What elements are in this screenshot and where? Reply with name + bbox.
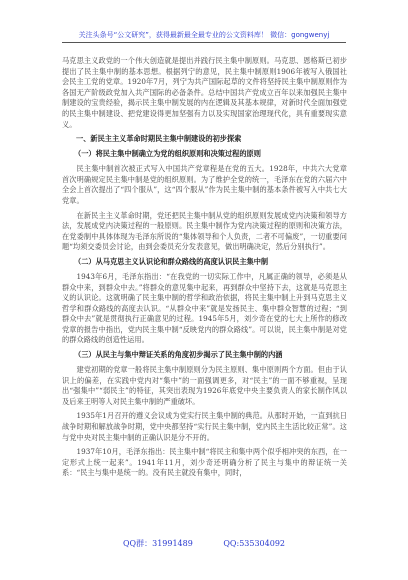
subsection-heading: （三）从民主与集中辩证关系的角度初步揭示了民主集中制的内涵: [74, 350, 347, 360]
section-heading: 一、新民主主义革命时期民主集中制建设的初步探索: [76, 134, 347, 144]
paragraph: 1937年10月，毛泽东指出：民主集中制“将民主和集中两个似乎相冲突的东西，在一…: [62, 447, 347, 479]
intro-paragraph: 马克思主义政党的一个伟大创造就是提出并践行民主集中制原则。马克思、恩格斯已初步提…: [62, 56, 347, 130]
header-banner[interactable]: 关注头条号“公文研究”，获得最新最全最专业的公文资料库！ 微信：gongweny…: [62, 31, 346, 43]
document-page: 关注头条号“公文研究”，获得最新最全最专业的公文资料库！ 微信：gongweny…: [0, 0, 408, 580]
subsection-heading: （一）将民主集中制确立为党的组织原则和决策过程的原则: [74, 149, 347, 159]
paragraph: 民主集中制首次被正式写入中国共产党章程是在党的五大。1928年，中共六大党章首次…: [62, 164, 347, 206]
qq-text: QQ:535304092: [223, 539, 285, 548]
subsection-heading: （二）从马克思主义认识论和群众路线的高度认识民主集中制: [74, 257, 347, 267]
paragraph: 1935年1月召开的遵义会议成为党实行民主集中制的典范。从那时开始，一直到抗日战…: [62, 411, 347, 443]
qq-group-text: QQ群：31991489: [123, 539, 193, 548]
footer-contact: QQ群：31991489 QQ:535304092: [0, 538, 408, 549]
paragraph: 建党初期的党章一般将民主集中制原则分为民主原则、集中原则两个方面。但由于认识上的…: [62, 365, 347, 407]
paragraph: 1943年6月，毛泽东指出：“在我党的一切实际工作中，凡属正确的领导，必须是从群…: [62, 272, 347, 346]
paragraph: 在新民主主义革命时期，党还把民主集中制从党的组织原则发展成党内决策和领导方法，发…: [62, 211, 347, 253]
document-body: 马克思主义政党的一个伟大创造就是提出并践行民主集中制原则。马克思、恩格斯已初步提…: [62, 56, 347, 483]
